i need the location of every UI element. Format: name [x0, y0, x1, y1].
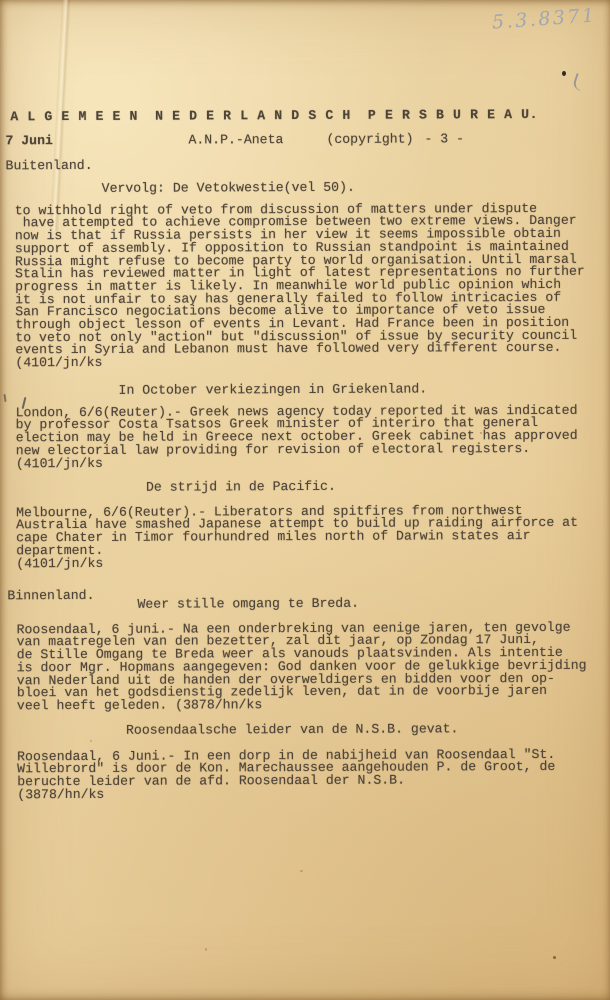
text-line: new electorial law providing for revisio… [16, 442, 610, 457]
document-page: 5.3.8371 A L G E M E E N N E D E R L A N… [0, 0, 610, 1000]
item-body: Roosendaal, 6 juni.- Na een onderbreking… [17, 621, 610, 713]
rubric-buitenland: Buitenland. [6, 160, 93, 173]
item-body: London, 6/6(Reuter).- Greek news agency … [16, 404, 610, 470]
item-body: Roosendaal, 6 Juni.- In een dorp in de n… [17, 748, 610, 801]
news-item-pacific: De strijd in de Pacific. Melbourne, 6/6(… [16, 480, 610, 571]
page-number: - 3 - [424, 133, 464, 146]
text-line: (4101/jn/ks [15, 355, 609, 370]
news-item-veto: Vervolg: De Vetokwestie(vel 50). to with… [15, 181, 610, 370]
text-line: cape Chater in Timor fourhundred miles n… [16, 530, 610, 545]
dateline-date: 7 Juni [5, 135, 53, 148]
typewritten-text: A L G E M E E N N E D E R L A N D S C H … [0, 0, 610, 1000]
item-body: to withhold right of veto from discussio… [15, 202, 610, 370]
dateline: 7 Juni A.N.P.-Aneta (copyright) - 3 - [0, 133, 608, 150]
item-heading: In October verkiezingen in Griekenland. [118, 383, 609, 398]
text-line: veel heeft geleden. (3878/hn/ks [17, 698, 610, 713]
item-body: Melbourne, 6/6(Reuter).- Liberators and … [16, 504, 610, 570]
item-heading: Roosendaalsche leider van de N.S.B. geva… [126, 723, 610, 738]
dateline-copyright: (copyright) [326, 134, 413, 147]
news-item-nsb: Roosendaalsche leider van de N.S.B. geva… [17, 723, 610, 802]
dateline-agency-credit: A.N.P.-Aneta [188, 134, 283, 147]
masthead-title: A L G E M E E N N E D E R L A N D S C H … [10, 109, 538, 124]
text-line: (4101/jn/ks [16, 555, 610, 570]
news-item-breda: Weer stille omgang te Breda. Roosendaal,… [16, 597, 610, 713]
item-heading: Weer stille omgang te Breda. [137, 597, 610, 612]
news-item-greece: In October verkiezingen in Griekenland. … [15, 383, 609, 471]
item-heading: De strijd in de Pacific. [146, 480, 610, 495]
item-heading: Vervolg: De Vetokwestie(vel 50). [102, 181, 609, 196]
